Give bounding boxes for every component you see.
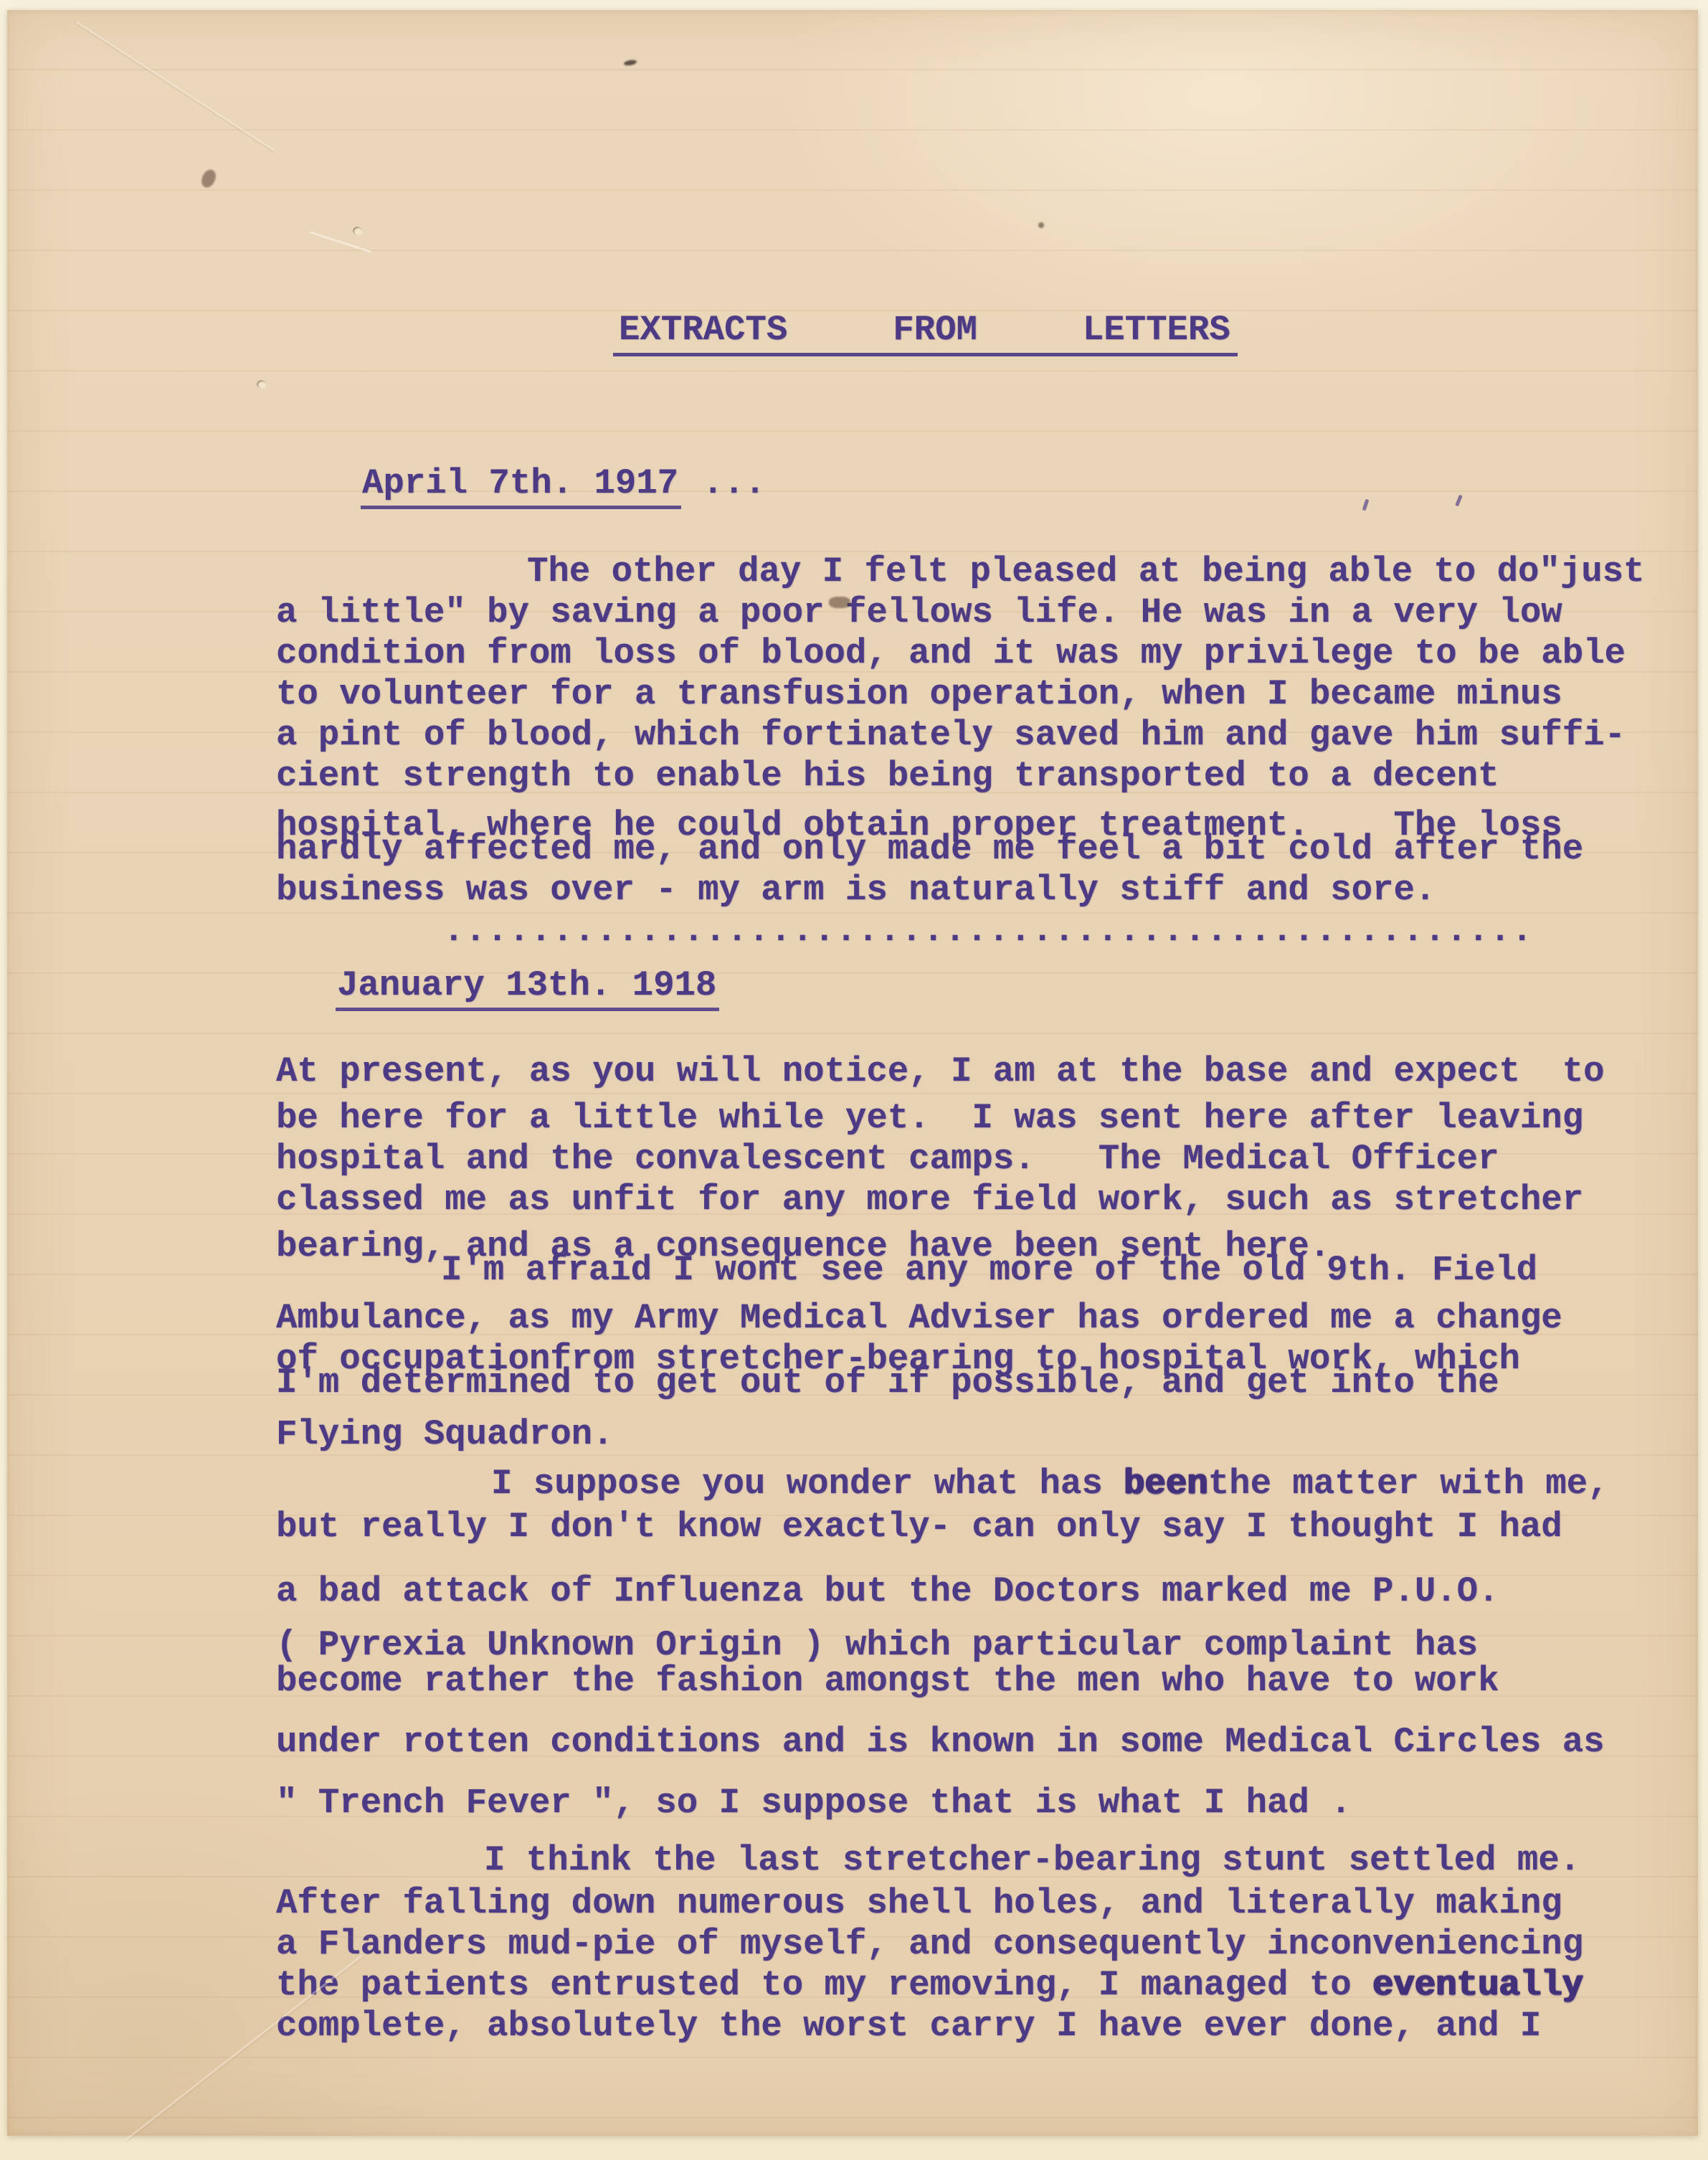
paragraph: At present, as you will notice, I am at … bbox=[276, 1051, 1698, 1455]
paragraph: I suppose you wonder what has beenthe ma… bbox=[276, 1464, 1698, 1824]
text-line: The other day I felt pleased at being ab… bbox=[276, 551, 1698, 592]
text-line: complete, absolutely the worst carry I h… bbox=[276, 2006, 1698, 2047]
text-line: be here for a little while yet. I was se… bbox=[276, 1098, 1698, 1139]
line-segment: the matter with me, bbox=[1208, 1464, 1609, 1504]
page-title: EXTRACTS FROM LETTERS bbox=[613, 310, 1238, 356]
text-line: Ambulance, as my Army Medical Adviser ha… bbox=[276, 1298, 1698, 1339]
section-date-heading: April 7th. 1917 ... bbox=[361, 463, 766, 509]
text-line: condition from loss of blood, and it was… bbox=[276, 633, 1698, 674]
text-line: " Trench Fever ", so I suppose that is w… bbox=[276, 1783, 1698, 1824]
stain-mark bbox=[624, 59, 637, 66]
page-title-text: EXTRACTS FROM LETTERS bbox=[613, 310, 1238, 356]
sections: April 7th. 1917 ...The other day I felt … bbox=[7, 463, 1698, 2047]
text-line: cient strength to enable his being trans… bbox=[276, 756, 1698, 797]
text-line: Flying Squadron. bbox=[276, 1414, 1698, 1455]
text-line: a little" by saving a poor fellows life.… bbox=[276, 592, 1698, 633]
text-line: the patients entrusted to my removing, I… bbox=[276, 1965, 1698, 2006]
text-line: hospital and the convalescent camps. The… bbox=[276, 1139, 1698, 1180]
paper-crease bbox=[76, 21, 275, 151]
text-line: classed me as unfit for any more field w… bbox=[276, 1180, 1698, 1221]
heading-text: April 7th. 1917 bbox=[361, 463, 681, 509]
paragraph: I think the last stretcher-bearing stunt… bbox=[276, 1840, 1698, 2047]
text-line: but really I don't know exactly- can onl… bbox=[276, 1507, 1698, 1548]
heading-suffix: ... bbox=[681, 463, 766, 503]
text-line: After falling down numerous shell holes,… bbox=[276, 1883, 1698, 1924]
text-line: I think the last stretcher-bearing stunt… bbox=[276, 1840, 1698, 1881]
line-segment: I suppose you wonder what has bbox=[491, 1464, 1124, 1504]
text-line: under rotten conditions and is known in … bbox=[276, 1722, 1698, 1763]
text-line: I suppose you wonder what has beenthe ma… bbox=[276, 1464, 1698, 1505]
section-date-heading: January 13th. 1918 bbox=[336, 965, 719, 1011]
text-line: hardly affected me, and only made me fee… bbox=[276, 829, 1698, 870]
text-line: a pint of blood, which fortinately saved… bbox=[276, 715, 1698, 756]
text-line: a bad attack of Influenza but the Doctor… bbox=[276, 1571, 1698, 1612]
paragraph: The other day I felt pleased at being ab… bbox=[276, 551, 1698, 911]
text-line: I'm determined to get out of if possible… bbox=[276, 1363, 1698, 1403]
text-line: a Flanders mud-pie of myself, and conseq… bbox=[276, 1924, 1698, 1965]
text-line: I'm afraid I wont see any more of the ol… bbox=[276, 1250, 1698, 1291]
paper-scratch bbox=[310, 231, 372, 253]
text-line: to volunteer for a transfusion operation… bbox=[276, 674, 1698, 715]
stain-mark bbox=[199, 167, 218, 189]
scanned-letter-page: { "ink_color": "#4c3a85", "paper_color":… bbox=[0, 0, 1708, 2160]
overstruck-word: been bbox=[1124, 1464, 1208, 1504]
line-segment: the patients entrusted to my removing, I… bbox=[276, 1965, 1372, 2005]
heading-text: January 13th. 1918 bbox=[336, 965, 719, 1011]
pinhole-mark bbox=[353, 227, 362, 235]
pinhole-mark bbox=[257, 380, 266, 389]
text-line: At present, as you will notice, I am at … bbox=[276, 1051, 1698, 1092]
text-line: business was over - my arm is naturally … bbox=[276, 870, 1698, 911]
dotted-separator: ........................................… bbox=[443, 911, 1698, 952]
overstruck-word: eventually bbox=[1372, 1965, 1583, 2005]
text-line: become rather the fashion amongst the me… bbox=[276, 1661, 1698, 1702]
stain-mark bbox=[1038, 222, 1044, 228]
text-line: ( Pyrexia Unknown Origin ) which particu… bbox=[276, 1625, 1698, 1666]
letter-paper: EXTRACTS FROM LETTERS April 7th. 1917 ..… bbox=[7, 10, 1698, 2136]
